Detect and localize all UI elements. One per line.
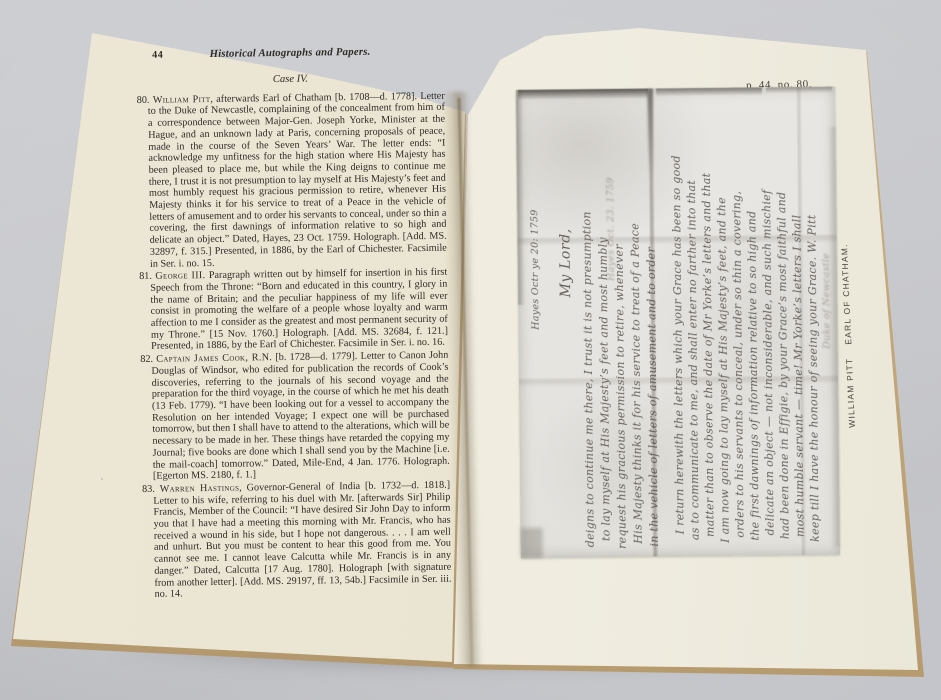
item-name: William Pitt xyxy=(153,94,211,106)
handwriting-column: to lay myself at His Majesty’s feet and … xyxy=(598,237,613,541)
handwriting-column: I return herewith the letters which your… xyxy=(671,155,687,534)
handwriting-column: Hayes Octr ye 20: 1759 xyxy=(529,209,542,330)
handwriting-column: request his gracious permission to retir… xyxy=(614,244,629,549)
item-text: [b. 1728—d. 1779]. Letter to Canon John … xyxy=(151,350,449,482)
catalog-item-82: 82. Captain James Cook, R.N. [b. 1728—d.… xyxy=(140,350,450,483)
handwriting-column: orders to his servants to conceal, under… xyxy=(731,191,747,538)
handwriting-column: delicate an object — not inconsiderable,… xyxy=(761,190,777,536)
handwriting-column: I am now going to lay myself at His Maje… xyxy=(716,197,732,543)
plate-smudge xyxy=(766,87,832,94)
handwriting-column: as to communicate to me, and shall enter… xyxy=(686,180,702,540)
item-text: , Governor-General of India [b. 1732—d. … xyxy=(153,480,451,600)
item-name: Warren Hastings xyxy=(160,483,240,495)
plate-image: Hayes Octr ye 20: 1759 Hayes Oct. 23. 17… xyxy=(516,87,840,558)
handwriting-column: Duke of Newcastle xyxy=(821,253,834,349)
item-number: 83. xyxy=(142,484,155,495)
page-header: 44 Historical Autographs and Papers. xyxy=(136,46,444,64)
item-number: 81. xyxy=(139,271,152,282)
item-number: 80. xyxy=(137,95,150,106)
item-name: Captain James Cook, R.N. xyxy=(156,352,272,365)
case-heading: Case IV. xyxy=(136,72,444,88)
handwriting-column: deigns to continue me there, I trust it … xyxy=(581,211,597,547)
item-number: 82. xyxy=(140,354,153,365)
handwriting-column: in the vehicle of letters of amusement a… xyxy=(646,247,661,547)
foxing-spot xyxy=(101,478,103,480)
plate-smudge xyxy=(516,90,525,305)
plate-fold-shadow xyxy=(647,89,654,179)
handwriting-column: matter than to observe the date of Mr Yo… xyxy=(701,173,717,537)
page-number: 44 xyxy=(152,50,163,62)
handwriting-column: the first dawnings of information relati… xyxy=(746,210,761,540)
catalog-item-83: 83. Warren Hastings, Governor-General of… xyxy=(142,480,452,601)
catalog-item-80: 80. William Pitt, afterwards Earl of Cha… xyxy=(137,90,447,270)
handwriting-column: keep till I have the honour of seeing yo… xyxy=(806,214,821,541)
item-name: George III. xyxy=(155,270,205,282)
item-text: , afterwards Earl of Chatham [b. 1708—d.… xyxy=(148,90,447,269)
book-photo: 44 Historical Autographs and Papers. Cas… xyxy=(0,0,941,700)
handwriting-column: My Lord, xyxy=(559,228,572,297)
handwriting-column: His Majesty thinks it for his service to… xyxy=(629,223,644,544)
handwriting-column: had been done in Effigie, by your Grace’… xyxy=(776,192,792,540)
plate-smudge xyxy=(521,528,543,558)
handwriting-column: most humble servant — time! Mr Yorke’s l… xyxy=(791,215,806,538)
plate-smudge xyxy=(656,87,762,96)
catalog-item-81: 81. George III. Paragraph written out by… xyxy=(139,267,448,353)
catalog-text-column: 44 Historical Autographs and Papers. Cas… xyxy=(136,46,452,602)
plate-smudge xyxy=(518,89,648,100)
